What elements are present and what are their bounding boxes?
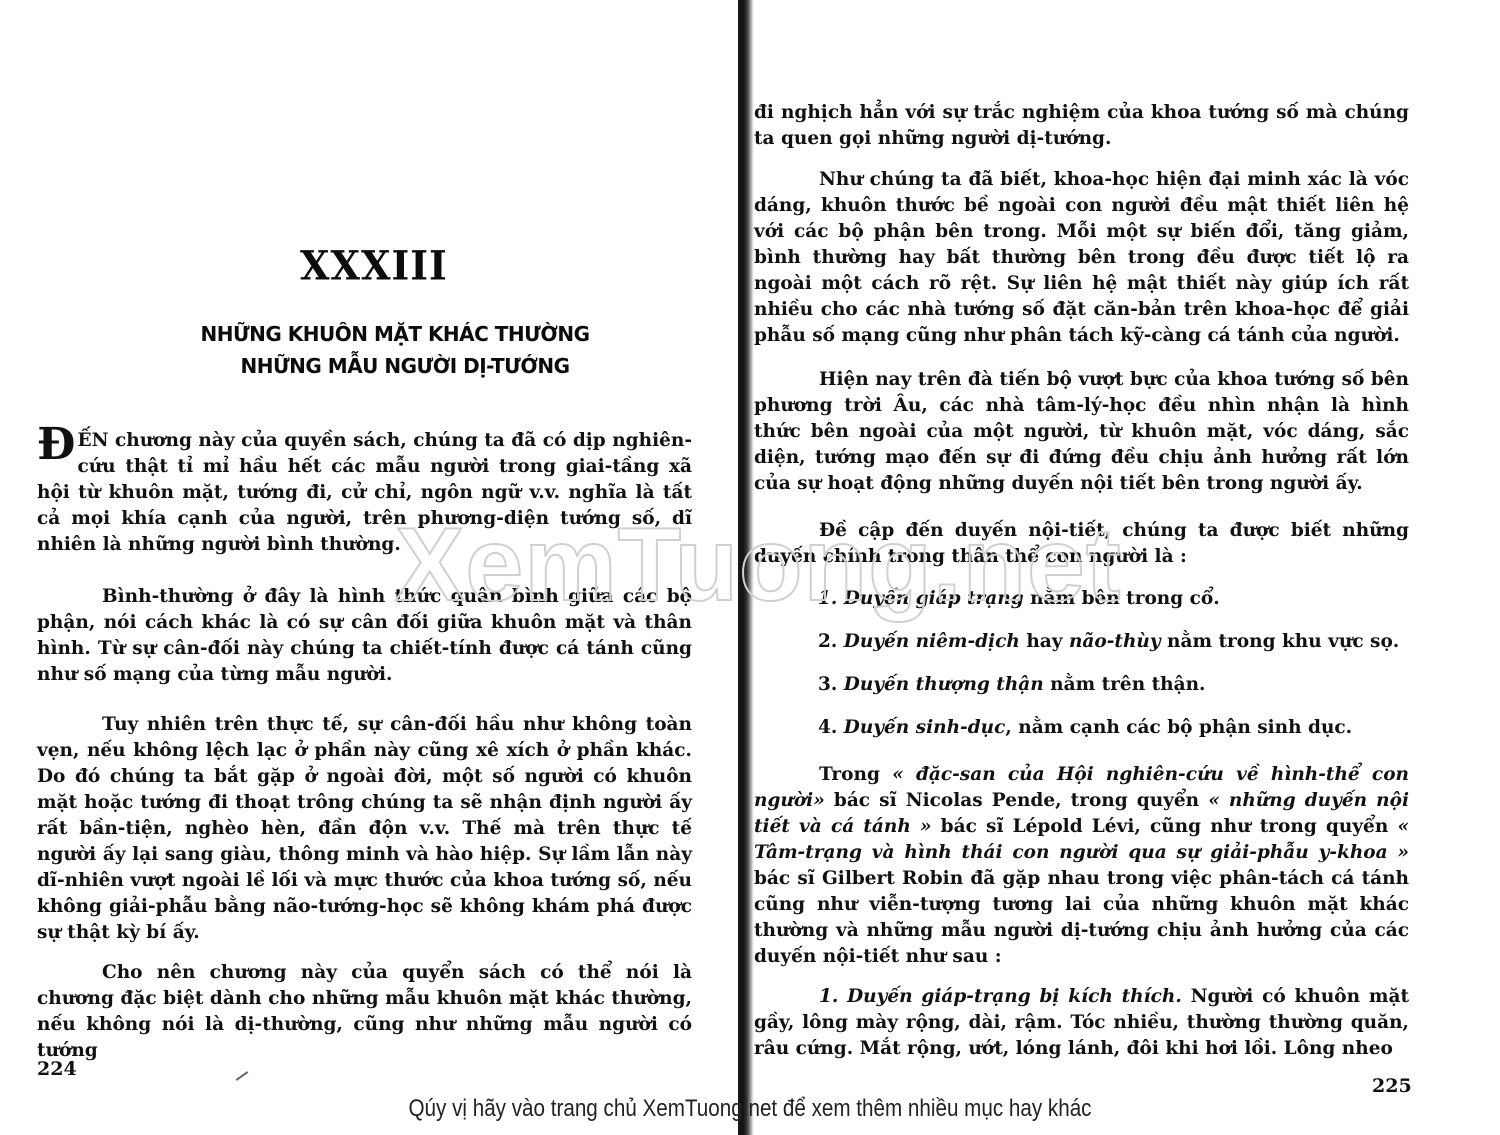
right-paragraph-4: Đề cập đến duyến nội-tiết, chúng ta được…: [754, 518, 1409, 570]
ref-text: bác sĩ Nicolas Pende, trong quyển: [825, 790, 1208, 811]
paragraph-text: Như chúng ta đã biết, khoa-học hiện đại …: [754, 167, 1409, 349]
list-number: 4.: [818, 717, 837, 738]
references-paragraph: Trong « đặc-san của Hội nghiên-cứu về hì…: [754, 762, 1409, 970]
ref-text: Trong: [819, 764, 892, 785]
chapter-title-line-2: NHỮNG MẪU NGƯỜI DỊ-TƯỚNG: [160, 350, 630, 382]
gland-list-item: 3. Duyến thượng thận nằm trên thận.: [754, 672, 1409, 698]
paragraph-text: 1. Duyến giáp-trạng bị kích thích. Người…: [754, 984, 1409, 1062]
gland-desc: nằm bên trong cổ.: [1024, 588, 1220, 609]
list-number: 2.: [818, 631, 837, 652]
gland-name: Duyến giáp trạng: [844, 588, 1024, 609]
right-paragraph-1: đi nghịch hẳn với sự trắc nghiệm của kho…: [754, 100, 1409, 152]
list-number: 1.: [818, 588, 837, 609]
paragraph-text: Đề cập đến duyến nội-tiết, chúng ta được…: [754, 518, 1409, 570]
dropcap: Đ: [37, 430, 75, 460]
section-1: 1. Duyến giáp-trạng bị kích thích. Người…: [754, 984, 1409, 1062]
gland-name: Duyến thượng thận: [844, 674, 1044, 695]
left-paragraph-2: Bình-thường ở đây là hình thức quân bình…: [37, 584, 692, 688]
ref-text: bác sĩ Lépold Lévi, cũng như trong quyển: [932, 816, 1398, 837]
left-paragraph-3: Tuy nhiên trên thực tế, sự cân-đối hầu n…: [37, 712, 692, 946]
gland-name: Duyến sinh-dục: [844, 717, 1006, 738]
right-paragraph-3: Hiện nay trên đà tiến bộ vượt bực của kh…: [754, 367, 1409, 497]
right-paragraph-2: Như chúng ta đã biết, khoa-học hiện đại …: [754, 167, 1409, 349]
page-number-left: 224: [37, 1058, 77, 1080]
left-paragraph-4: Cho nên chương này của quyển sách có thể…: [37, 960, 692, 1064]
scan-speck: [236, 1071, 249, 1081]
gland-list-item: 1. Duyến giáp trạng nằm bên trong cổ.: [754, 586, 1409, 612]
section-heading: 1. Duyến giáp-trạng bị kích thích.: [819, 986, 1182, 1007]
left-page: XXXIII NHỮNG KHUÔN MẶT KHÁC THƯỜNG NHỮNG…: [0, 0, 740, 1135]
right-page: đi nghịch hẳn với sự trắc nghiệm của kho…: [740, 0, 1500, 1135]
paragraph-text: Hiện nay trên đà tiến bộ vượt bực của kh…: [754, 367, 1409, 497]
gland-desc: hay: [1020, 631, 1069, 652]
page-number-right: 225: [1372, 1075, 1412, 1097]
gland-desc: , nằm cạnh các bộ phận sinh dục.: [1005, 717, 1352, 738]
gland-desc: nằm trên thận.: [1044, 674, 1206, 695]
gland-name: Duyến niêm-dịch: [844, 631, 1020, 652]
list-number: 3.: [818, 674, 837, 695]
chapter-title: NHỮNG KHUÔN MẶT KHÁC THƯỜNG NHỮNG MẪU NG…: [160, 318, 630, 382]
gland-desc: nằm trong khu vực sọ.: [1161, 631, 1400, 652]
ref-text: bác sĩ Gilbert Robin đã gặp nhau trong v…: [754, 868, 1409, 967]
gland-list-item: 4. Duyến sinh-dục, nằm cạnh các bộ phận …: [754, 715, 1409, 741]
paragraph-text: Bình-thường ở đây là hình thức quân bình…: [37, 584, 692, 688]
gland-list-item: 2. Duyến niêm-dịch hay não-thùy nằm tron…: [754, 629, 1409, 655]
chapter-number: XXXIII: [300, 242, 420, 289]
paragraph-text: Trong « đặc-san của Hội nghiên-cứu về hì…: [754, 762, 1409, 970]
left-paragraph-1: Đ ẾN chương này của quyền sách, chúng ta…: [37, 428, 692, 558]
footer-note: Qúy vị hãy vào trang chủ XemTuong.net để…: [105, 1095, 1395, 1123]
chapter-title-line-1: NHỮNG KHUÔN MẶT KHÁC THƯỜNG: [160, 318, 630, 350]
paragraph-text: Cho nên chương này của quyển sách có thể…: [37, 960, 692, 1064]
paragraph-text: đi nghịch hẳn với sự trắc nghiệm của kho…: [754, 100, 1409, 152]
paragraph-text: Tuy nhiên trên thực tế, sự cân-đối hầu n…: [37, 712, 692, 946]
paragraph-text: ẾN chương này của quyền sách, chúng ta đ…: [37, 428, 692, 558]
gland-list: 1. Duyến giáp trạng nằm bên trong cổ. 2.…: [754, 586, 1409, 741]
gland-alt-name: não-thùy: [1069, 631, 1161, 652]
